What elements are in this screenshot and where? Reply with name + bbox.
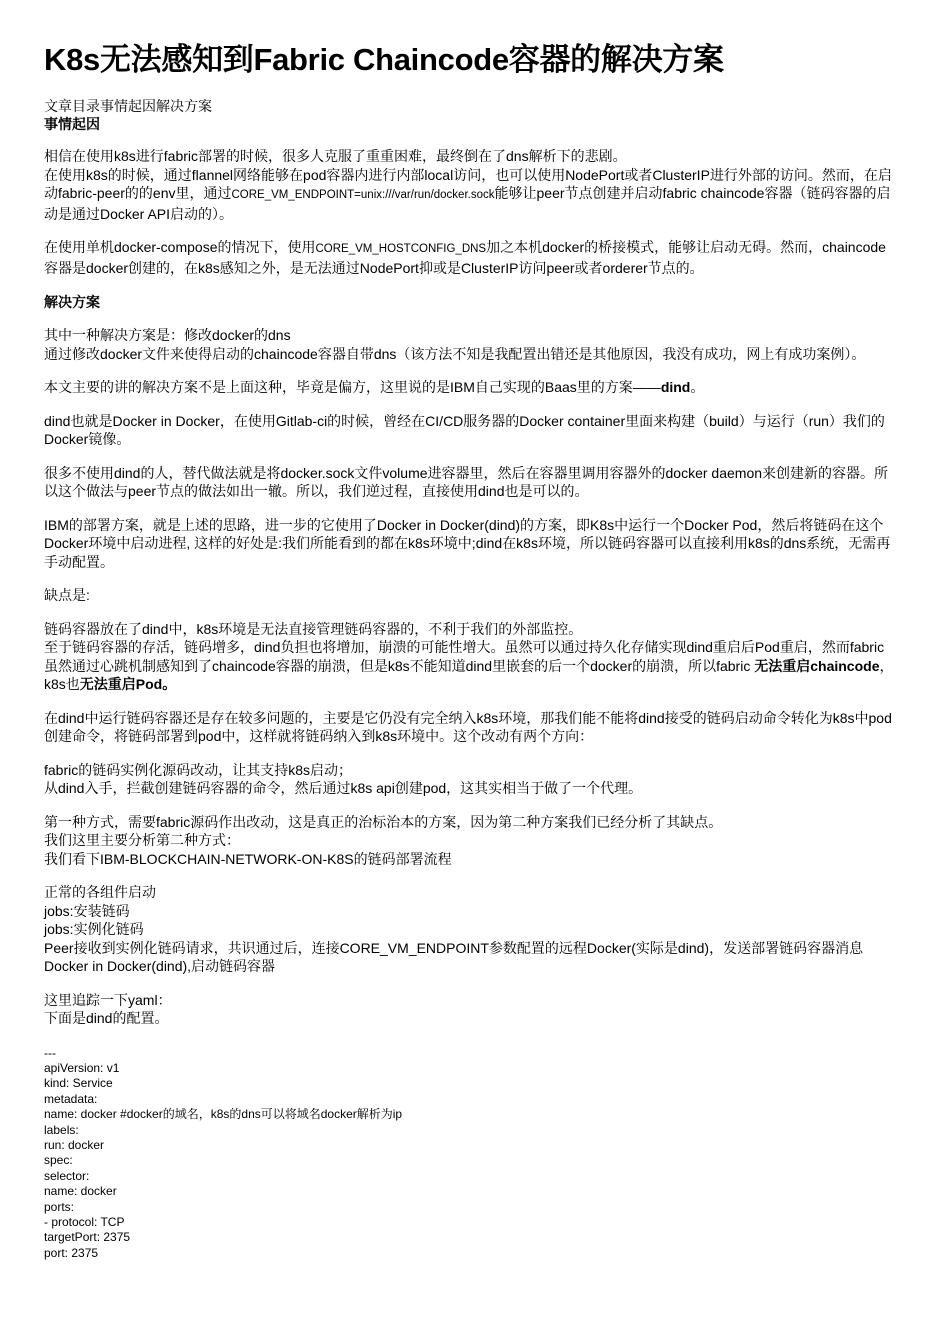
yaml-code-block: --- apiVersion: v1 kind: Service metadat… bbox=[44, 1046, 894, 1262]
text: 。 bbox=[690, 379, 704, 395]
code-line: metadata: bbox=[44, 1092, 894, 1107]
text-line: 我们看下IBM-BLOCKCHAIN-NETWORK-ON-K8S的链码部署流程 bbox=[44, 850, 894, 869]
bold-text: 无法重启Pod bbox=[80, 676, 162, 692]
inline-code: CORE_VM_ENDPOINT=unix:///var/run/docker.… bbox=[232, 189, 495, 201]
text: 在使用单机docker-compose的情况下，使用 bbox=[44, 239, 316, 255]
code-line: --- bbox=[44, 1046, 894, 1061]
code-line: ports: bbox=[44, 1200, 894, 1215]
bold-text: dind bbox=[661, 379, 691, 395]
text-line: Docker in Docker(dind),启动链码容器 bbox=[44, 957, 894, 976]
paragraph: 在dind中运行链码容器还是存在较多问题的，主要是它仍没有完全纳入k8s环境，那… bbox=[44, 709, 894, 746]
document-page: K8s无法感知到Fabric Chaincode容器的解决方案 文章目录事情起因… bbox=[44, 38, 894, 1261]
code-line: targetPort: 2375 bbox=[44, 1230, 894, 1245]
paragraph: 本文主要的讲的解决方案不是上面这种，毕竟是偏方，这里说的是IBM自己实现的Baa… bbox=[44, 378, 894, 397]
text-line: 本文主要的讲的解决方案不是上面这种，毕竟是偏方，这里说的是IBM自己实现的Baa… bbox=[44, 378, 894, 397]
paragraph: 缺点是: bbox=[44, 586, 894, 605]
text-line: 正常的各组件启动 bbox=[44, 883, 894, 902]
paragraph: IBM的部署方案，就是上述的思路，进一步的它使用了Docker in Docke… bbox=[44, 516, 894, 572]
paragraph: 很多不使用dind的人，替代做法就是将docker.sock文件volume进容… bbox=[44, 464, 894, 501]
text-line: 至于链码容器的存活，链码增多，dind负担也将增加，崩溃的可能性增大。虽然可以通… bbox=[44, 638, 894, 694]
text-line: jobs:安装链码 bbox=[44, 902, 894, 921]
text-line: 下面是dind的配置。 bbox=[44, 1009, 894, 1028]
code-line: apiVersion: v1 bbox=[44, 1061, 894, 1076]
text-line: 链码容器放在了dind中，k8s环境是无法直接管理链码容器的，不利于我们的外部监… bbox=[44, 620, 894, 639]
code-line: name: docker bbox=[44, 1184, 894, 1199]
text-line: 从dind入手，拦截创建链码容器的命令，然后通过k8s api创建pod，这其实… bbox=[44, 779, 894, 798]
text-line: fabric的链码实例化源码改动，让其支持k8s启动； bbox=[44, 761, 894, 780]
paragraph: fabric的链码实例化源码改动，让其支持k8s启动； 从dind入手，拦截创建… bbox=[44, 761, 894, 798]
text-line: 很多不使用dind的人，替代做法就是将docker.sock文件volume进容… bbox=[44, 464, 894, 501]
code-line: labels: bbox=[44, 1123, 894, 1138]
inline-code: CORE_VM_HOSTCONFIG_DNS bbox=[316, 243, 487, 255]
text-line: 在使用k8s的时候，通过flannel网络能够在pod容器内进行内部local访… bbox=[44, 166, 894, 224]
paragraph: 在使用单机docker-compose的情况下，使用CORE_VM_HOSTCO… bbox=[44, 238, 894, 277]
paragraph: 相信在使用k8s进行fabric部署的时候，很多人克服了重重困难，最终倒在了dn… bbox=[44, 147, 894, 223]
text-line: dind也就是Docker in Docker，在使用Gitlab-ci的时候，… bbox=[44, 412, 894, 449]
paragraph: 第一种方式，需要fabric源码作出改动，这是真正的治标治本的方案，因为第二种方… bbox=[44, 813, 894, 869]
paragraph: 这里追踪一下yaml： 下面是dind的配置。 bbox=[44, 991, 894, 1028]
text: 本文主要的讲的解决方案不是上面这种，毕竟是偏方，这里说的是IBM自己实现的Baa… bbox=[44, 379, 661, 395]
text-line: 相信在使用k8s进行fabric部署的时候，很多人克服了重重困难，最终倒在了dn… bbox=[44, 147, 894, 166]
text-line: IBM的部署方案，就是上述的思路，进一步的它使用了Docker in Docke… bbox=[44, 516, 894, 572]
section-heading-cause: 事情起因 bbox=[44, 115, 894, 133]
text-line: 其中一种解决方案是：修改docker的dns bbox=[44, 326, 894, 345]
toc-line[interactable]: 文章目录事情起因解决方案 bbox=[44, 97, 894, 115]
code-line: port: 2375 bbox=[44, 1246, 894, 1261]
code-line: run: docker bbox=[44, 1138, 894, 1153]
text: 。 bbox=[162, 676, 176, 692]
page-title: K8s无法感知到Fabric Chaincode容器的解决方案 bbox=[44, 38, 894, 82]
text-line: 在使用单机docker-compose的情况下，使用CORE_VM_HOSTCO… bbox=[44, 238, 894, 277]
bold-text: 无法重启chaincode bbox=[754, 658, 879, 674]
code-line: spec: bbox=[44, 1153, 894, 1168]
paragraph: dind也就是Docker in Docker，在使用Gitlab-ci的时候，… bbox=[44, 412, 894, 449]
code-line: - protocol: TCP bbox=[44, 1215, 894, 1230]
code-line: selector: bbox=[44, 1169, 894, 1184]
text-line: 这里追踪一下yaml： bbox=[44, 991, 894, 1010]
table-of-contents: 文章目录事情起因解决方案 事情起因 bbox=[44, 97, 894, 133]
text-line: 第一种方式，需要fabric源码作出改动，这是真正的治标治本的方案，因为第二种方… bbox=[44, 813, 894, 832]
text-line: jobs:实例化链码 bbox=[44, 920, 894, 939]
paragraph: 链码容器放在了dind中，k8s环境是无法直接管理链码容器的，不利于我们的外部监… bbox=[44, 620, 894, 694]
text-line: 通过修改docker文件来使得启动的chaincode容器自带dns（该方法不知… bbox=[44, 345, 894, 364]
section-heading-solution: 解决方案 bbox=[44, 293, 894, 311]
text-line: 在dind中运行链码容器还是存在较多问题的，主要是它仍没有完全纳入k8s环境，那… bbox=[44, 709, 894, 746]
code-line: name: docker #docker的域名，k8s的dns可以将域名dock… bbox=[44, 1107, 894, 1122]
code-line: kind: Service bbox=[44, 1076, 894, 1091]
paragraph: 正常的各组件启动 jobs:安装链码 jobs:实例化链码 Peer接收到实例化… bbox=[44, 883, 894, 976]
text-line: 我们这里主要分析第二种方式： bbox=[44, 831, 894, 850]
text-line: Peer接收到实例化链码请求，共识通过后，连接CORE_VM_ENDPOINT参… bbox=[44, 939, 894, 958]
text-line: 缺点是: bbox=[44, 586, 894, 605]
paragraph: 其中一种解决方案是：修改docker的dns 通过修改docker文件来使得启动… bbox=[44, 326, 894, 363]
